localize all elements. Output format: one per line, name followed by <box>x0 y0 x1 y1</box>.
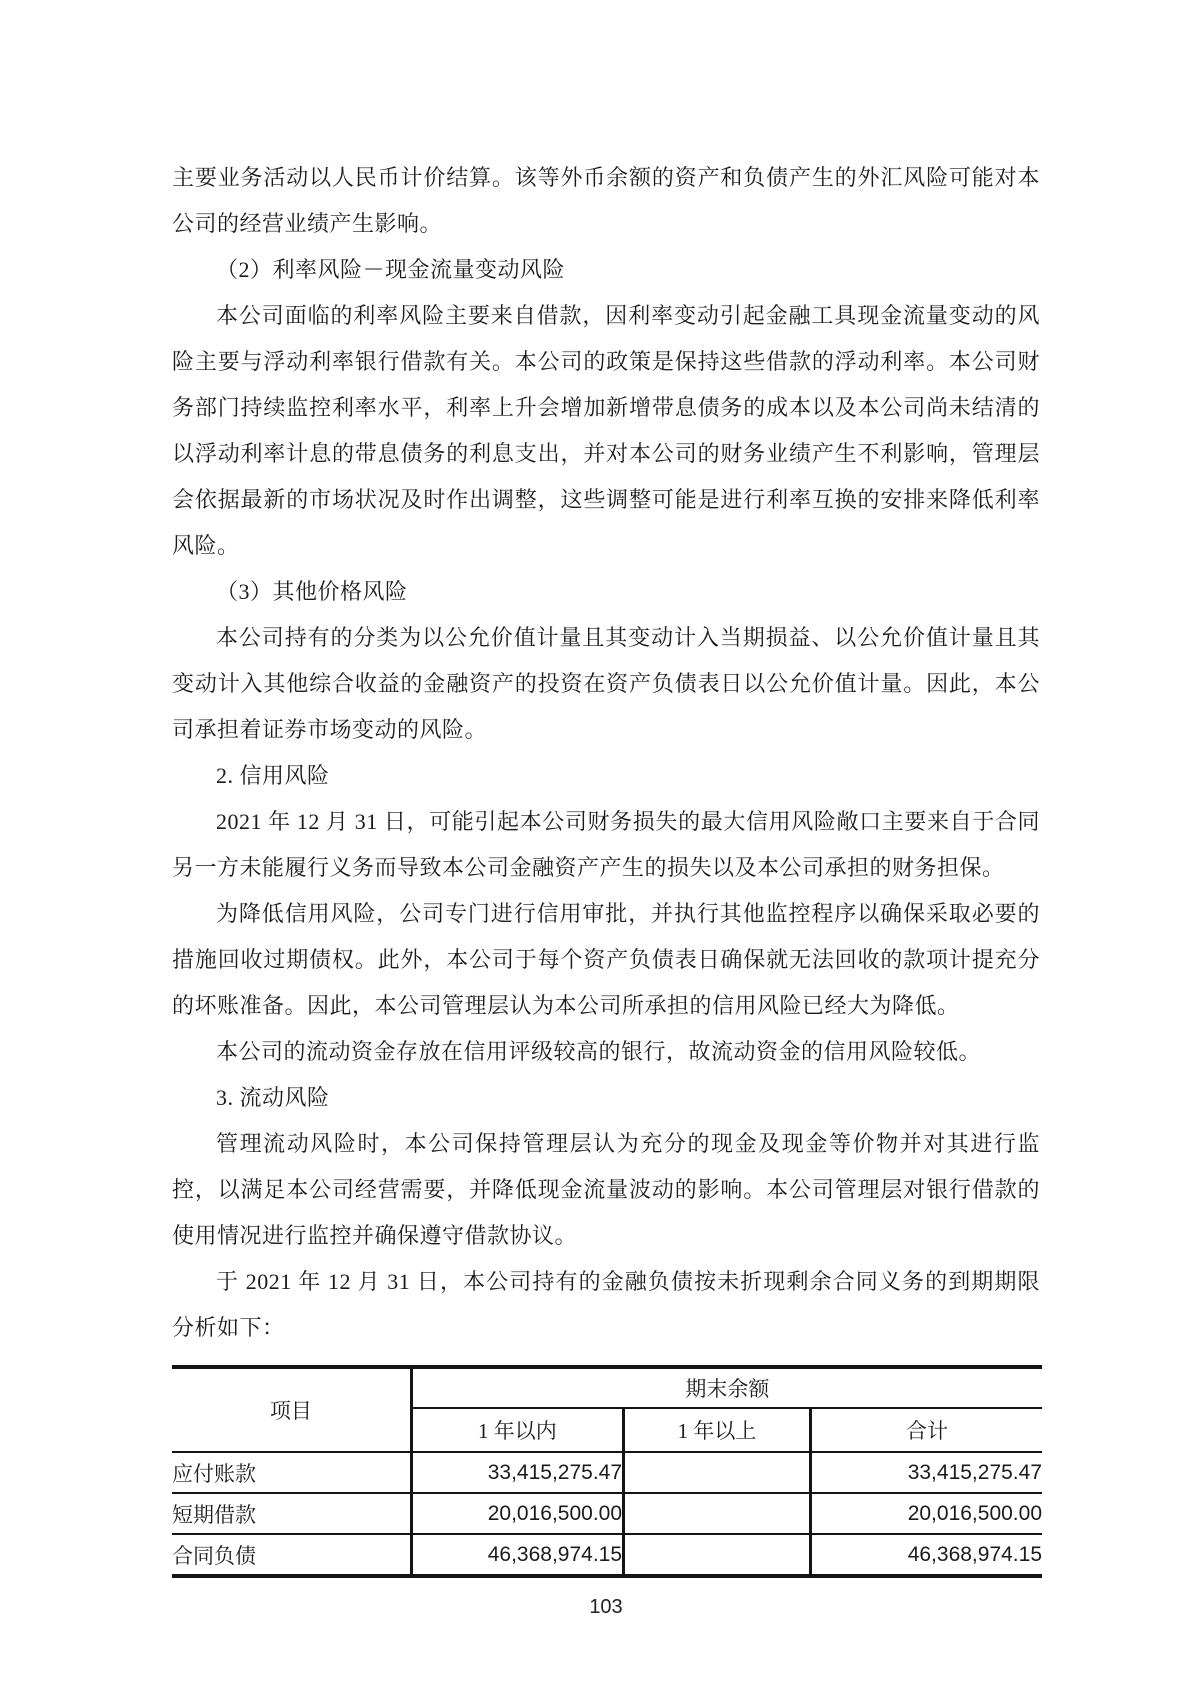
cell-within-1-year: 20,016,500.00 <box>411 1493 623 1534</box>
table-row-contract-liabilities: 合同负债 46,368,974.15 46,368,974.15 <box>172 1534 1042 1576</box>
column-header-total: 合计 <box>811 1408 1042 1452</box>
heading-interest-rate-risk: （2）利率风险－现金流量变动风险 <box>172 247 1040 293</box>
table-row-short-term-borrowings: 短期借款 20,016,500.00 20,016,500.00 <box>172 1493 1042 1534</box>
heading-other-price-risk: （3）其他价格风险 <box>172 569 1040 615</box>
paragraph-fx-risk-continuation: 主要业务活动以人民币计价结算。该等外币余额的资产和负债产生的外汇风险可能对本公司… <box>172 155 1040 247</box>
maturity-analysis-table: 项目 期末余额 1 年以内 1 年以上 合计 应付账款 33,415,275.4… <box>172 1365 1042 1578</box>
table-header-row-group: 项目 期末余额 <box>172 1367 1042 1408</box>
column-group-header-ending-balance: 期末余额 <box>411 1367 1042 1408</box>
heading-credit-risk: 2. 信用风险 <box>172 753 1040 799</box>
table-row-accounts-payable: 应付账款 33,415,275.47 33,415,275.47 <box>172 1452 1042 1493</box>
cell-total: 33,415,275.47 <box>811 1452 1042 1493</box>
row-label: 短期借款 <box>172 1493 411 1534</box>
row-label: 应付账款 <box>172 1452 411 1493</box>
paragraph-liquid-funds: 本公司的流动资金存放在信用评级较高的银行，故流动资金的信用风险较低。 <box>172 1029 1040 1075</box>
paragraph-credit-risk-mitigation: 为降低信用风险，公司专门进行信用审批，并执行其他监控程序以确保采取必要的措施回收… <box>172 891 1040 1029</box>
column-header-over-1-year: 1 年以上 <box>624 1408 811 1452</box>
cell-over-1-year <box>624 1493 811 1534</box>
cell-within-1-year: 33,415,275.47 <box>411 1452 623 1493</box>
column-header-item: 项目 <box>172 1367 411 1452</box>
cell-over-1-year <box>624 1534 811 1576</box>
paragraph-credit-risk-exposure: 2021 年 12 月 31 日，可能引起本公司财务损失的最大信用风险敞口主要来… <box>172 799 1040 891</box>
paragraph-other-price-risk: 本公司持有的分类为以公允价值计量且其变动计入当期损益、以公允价值计量且其变动计入… <box>172 615 1040 753</box>
page-content: 主要业务活动以人民币计价结算。该等外币余额的资产和负债产生的外汇风险可能对本公司… <box>172 0 1040 1619</box>
paragraph-interest-rate-risk: 本公司面临的利率风险主要来自借款，因利率变动引起金融工具现金流量变动的风险主要与… <box>172 293 1040 569</box>
paragraph-liquidity-risk: 管理流动风险时，本公司保持管理层认为充分的现金及现金等价物并对其进行监控，以满足… <box>172 1121 1040 1259</box>
cell-within-1-year: 46,368,974.15 <box>411 1534 623 1576</box>
column-header-within-1-year: 1 年以内 <box>411 1408 623 1452</box>
cell-over-1-year <box>624 1452 811 1493</box>
row-label: 合同负债 <box>172 1534 411 1576</box>
page-number: 103 <box>172 1596 1040 1619</box>
paragraph-maturity-intro: 于 2021 年 12 月 31 日，本公司持有的金融负债按未折现剩余合同义务的… <box>172 1259 1040 1351</box>
document-page: 主要业务活动以人民币计价结算。该等外币余额的资产和负债产生的外汇风险可能对本公司… <box>0 0 1200 1696</box>
heading-liquidity-risk: 3. 流动风险 <box>172 1075 1040 1121</box>
cell-total: 46,368,974.15 <box>811 1534 1042 1576</box>
cell-total: 20,016,500.00 <box>811 1493 1042 1534</box>
